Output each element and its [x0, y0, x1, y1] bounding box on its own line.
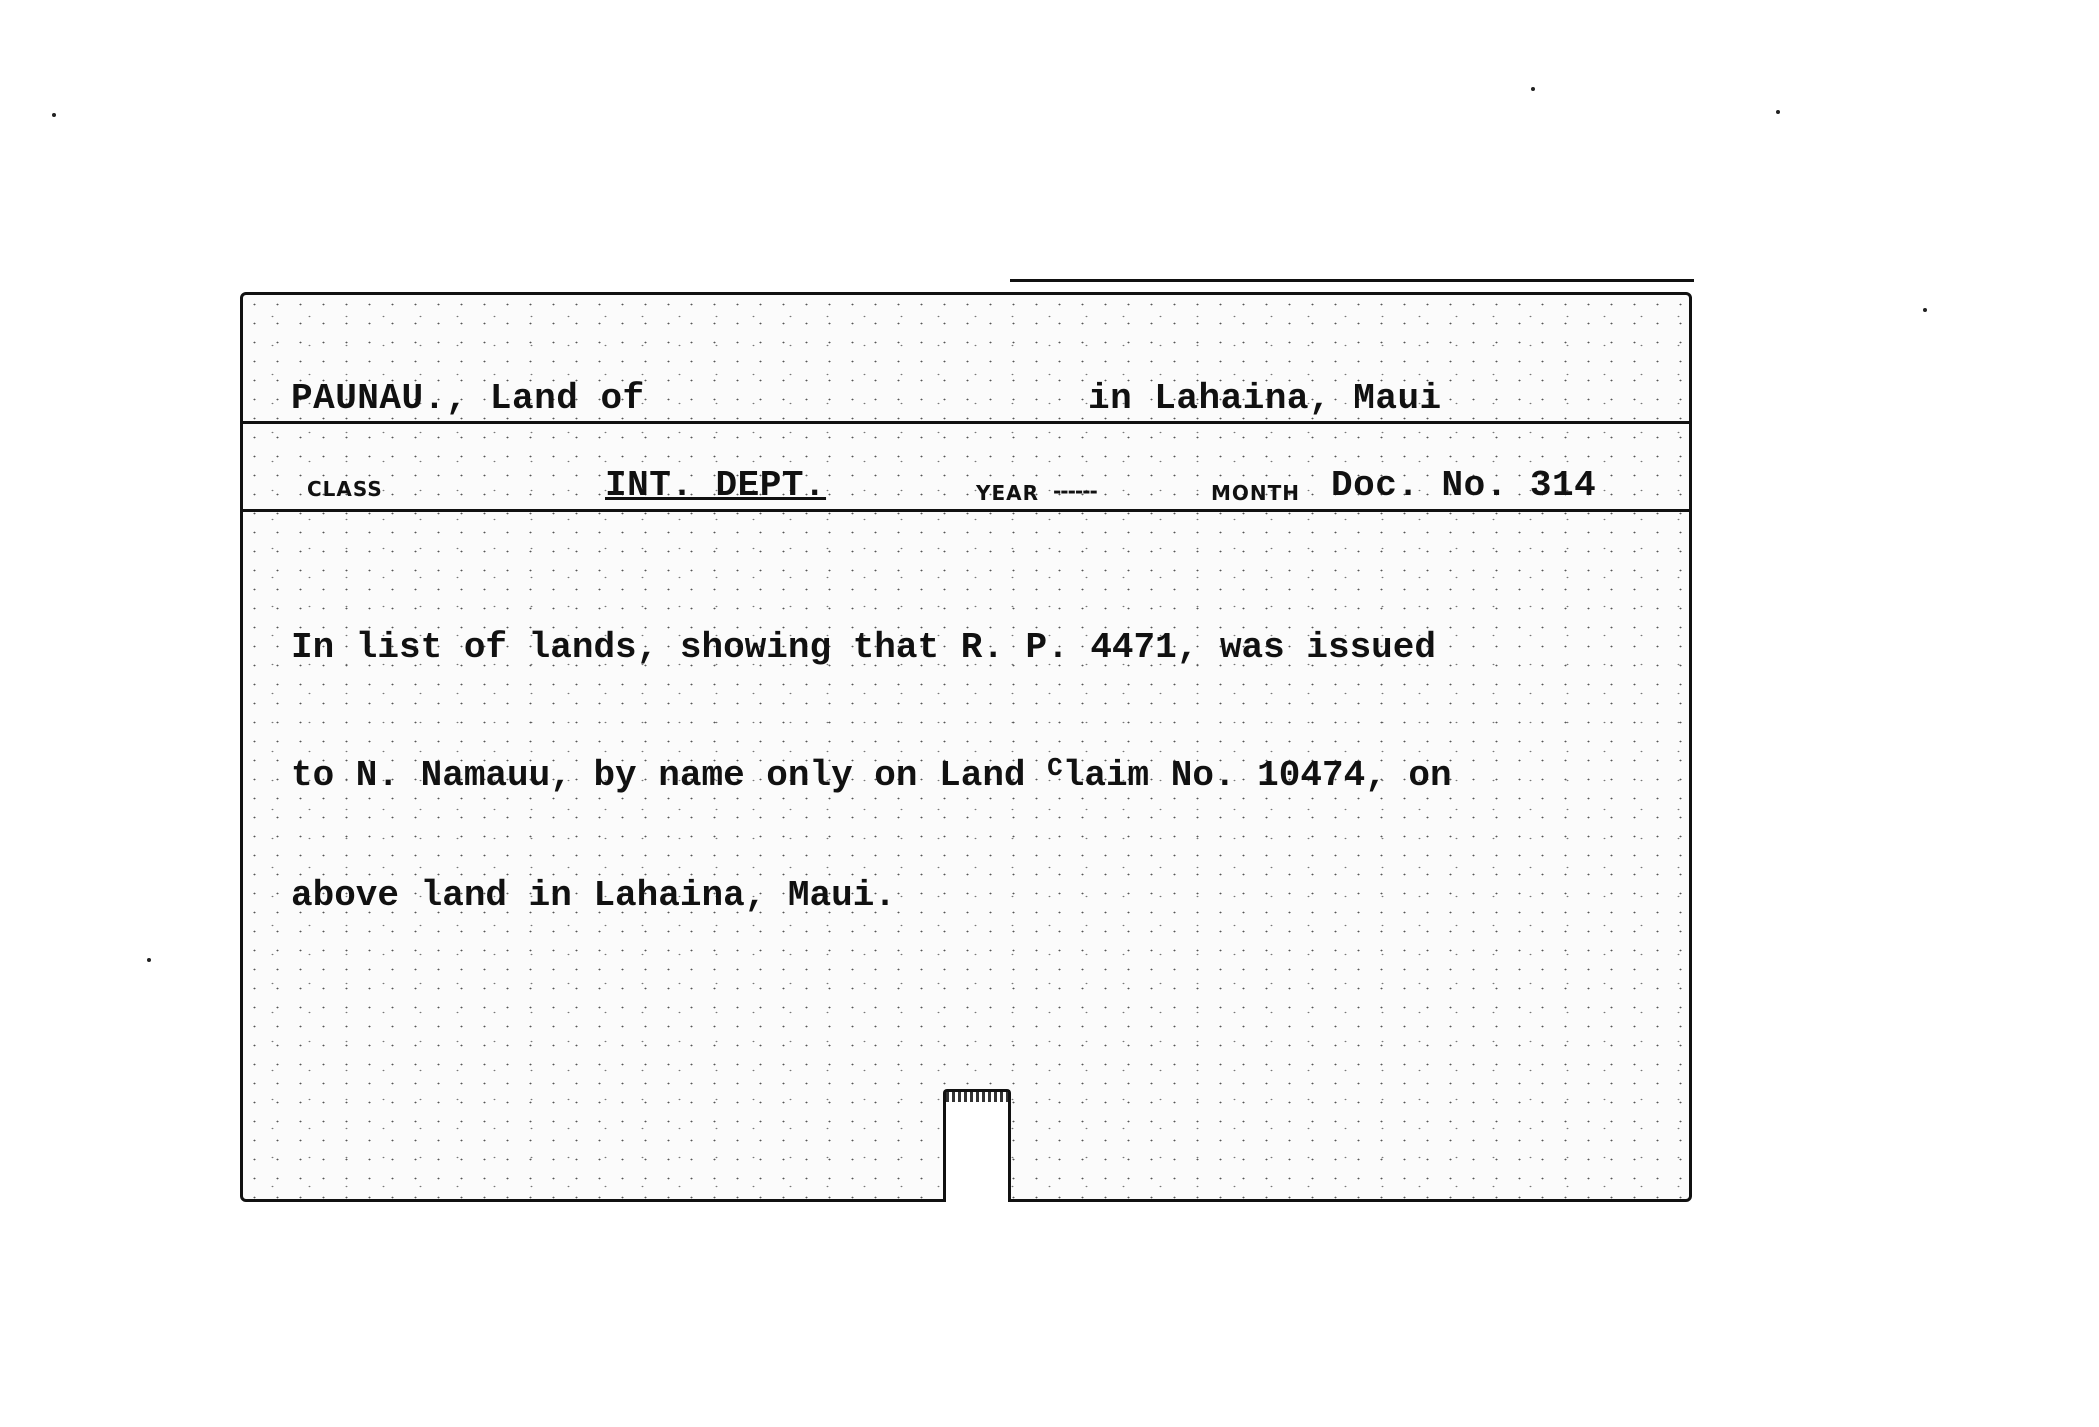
doc-number: Doc. No. 314 [1331, 465, 1596, 506]
card-filing-notch [943, 1089, 1011, 1202]
card-body-text: In list of lands, showing that R. P. 447… [291, 548, 1452, 996]
year-label: YEAR [976, 481, 1039, 505]
header-rule-2 [243, 509, 1689, 512]
header-rule-1 [243, 421, 1689, 424]
month-label: MONTH [1211, 481, 1300, 505]
department: INT. DEPT. [605, 465, 826, 506]
year-month-separator: ------ [1053, 479, 1097, 503]
scan-speck [1531, 87, 1535, 91]
body-line-3: above land in Lahaina, Maui. [291, 876, 1452, 916]
card-top-edge-line [1010, 279, 1694, 282]
location: in Lahaina, Maui [1088, 378, 1442, 419]
scan-speck [1776, 110, 1780, 114]
body-line-1: In list of lands, showing that R. P. 447… [291, 628, 1452, 668]
index-card: PAUNAU., Land of in Lahaina, Maui CLASS … [240, 292, 1692, 1202]
class-label: CLASS [307, 477, 383, 501]
scan-speck [1923, 308, 1927, 312]
body-line-2: to N. Namauu, by name only on Land Claim… [291, 748, 1452, 796]
scan-speck [147, 958, 151, 962]
land-name: PAUNAU., Land of [291, 378, 645, 419]
scan-speck [52, 113, 56, 117]
